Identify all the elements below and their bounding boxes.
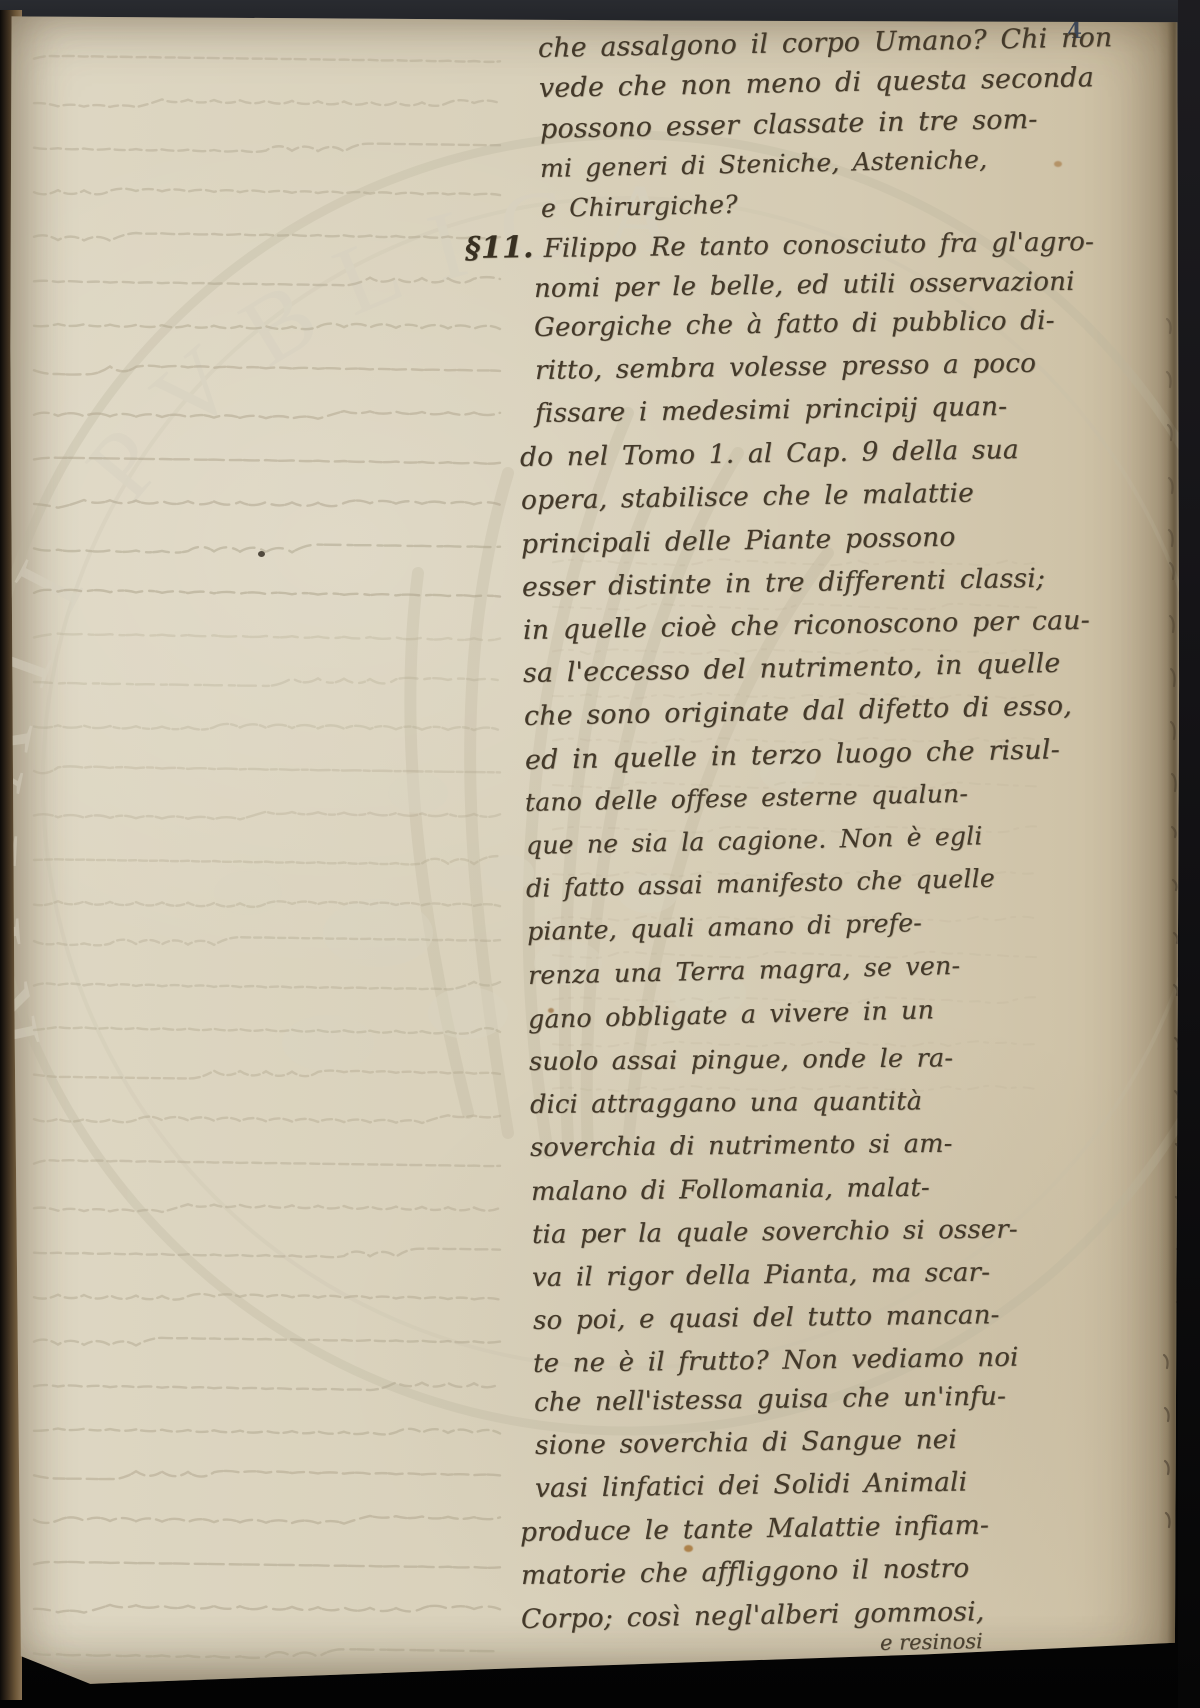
manuscript-line: renza una Terra magra, se ven- (527, 950, 960, 989)
manuscript-line: produce le tante Malattie infiam- (520, 1510, 989, 1548)
manuscript-text: che assalgono il corpo Umano? Chi nonved… (8, 13, 1182, 1688)
manuscript-line: e Chirurgiche? (541, 190, 738, 223)
manuscript-line: di fatto assai manifesto che quelle (526, 864, 996, 903)
manuscript-line: malano di Follomania, malat- (531, 1172, 930, 1206)
manuscript-line: in quelle cioè che riconoscono per cau- (522, 605, 1089, 646)
manuscript-line: do nel Tomo 1. al Cap. 9 della sua (520, 434, 1019, 473)
manuscript-line: piante, quali amano di prefe- (527, 908, 923, 946)
manuscript-line: che assalgono il corpo Umano? Chi non (538, 22, 1113, 64)
page-edge-stack (1178, 0, 1200, 1708)
manuscript-line: nomi per le belle, ed utili osservazioni (533, 267, 1074, 304)
rust-stain (1054, 161, 1062, 167)
manuscript-line: opera, stabilisce che le malattie (520, 478, 973, 516)
manuscript-line: tano delle offese esterne qualun- (525, 779, 969, 817)
catchword: e resinosi (880, 1629, 983, 1655)
manuscript-line: so poi, e quasi del tutto mancan- (533, 1300, 1000, 1336)
manuscript-line: §11.Filippo Re tanto conosciuto fra gl'a… (465, 223, 1094, 266)
manuscript-line: fissare i medesimi principij quan- (535, 392, 1008, 429)
manuscript-line: Corpo; così negl'alberi gommosi, (521, 1596, 985, 1635)
manuscript-line: soverchia di nutrimento si am- (530, 1129, 953, 1163)
manuscript-line: tia per la quale soverchio si osser- (531, 1214, 1017, 1250)
manuscript-line: Georgiche che à fatto di pubblico di- (534, 305, 1055, 342)
manuscript-line: sa l'eccesso del nutrimento, in quelle (523, 648, 1061, 689)
manuscript-line: matorie che affliggono il nostro (520, 1553, 969, 1591)
manuscript-line: che sono originate dal difetto di esso, (524, 691, 1073, 733)
manuscript-line: gano obbligate a vivere in un (528, 994, 935, 1034)
rust-stain (548, 1008, 554, 1013)
manuscript-line: que ne sia la cagione. Non è egli (526, 821, 983, 860)
manuscript-line: ritto, sembra volesse presso a poco (535, 348, 1037, 385)
manuscript-line: dici attraggano una quantità (530, 1086, 922, 1120)
manuscript-line: te ne è il frutto? Non vediamo noi (533, 1343, 1019, 1379)
manuscript-line: sione soverchia di Sangue nei (535, 1425, 957, 1461)
manuscript-line: che nell'istessa guisa che un'infu- (534, 1381, 1006, 1418)
rust-stain (684, 1545, 693, 1552)
ink-fleck (258, 551, 265, 557)
manuscript-line: vede che non meno di questa seconda (539, 62, 1094, 104)
section-mark: §11. (465, 230, 534, 266)
manuscript-line: suolo assai pingue, onde le ra- (529, 1043, 953, 1077)
manuscript-page: RITATI PVBLICA 4 che assalgono il corpo … (8, 13, 1182, 1688)
manuscript-line: mi generi di Steniche, Asteniche, (540, 144, 988, 182)
manuscript-line: ed in quelle in terzo luogo che risul- (524, 734, 1059, 776)
manuscript-line: possono esser classate in tre som- (539, 103, 1037, 144)
manuscript-line: vasi linfatici dei Solidi Animali (535, 1467, 968, 1503)
manuscript-line: va il rigor della Pianta, ma scar- (532, 1257, 990, 1292)
manuscript-line: principali delle Piante possono (521, 521, 956, 559)
manuscript-line: esser distinte in tre differenti classi; (522, 562, 1046, 602)
